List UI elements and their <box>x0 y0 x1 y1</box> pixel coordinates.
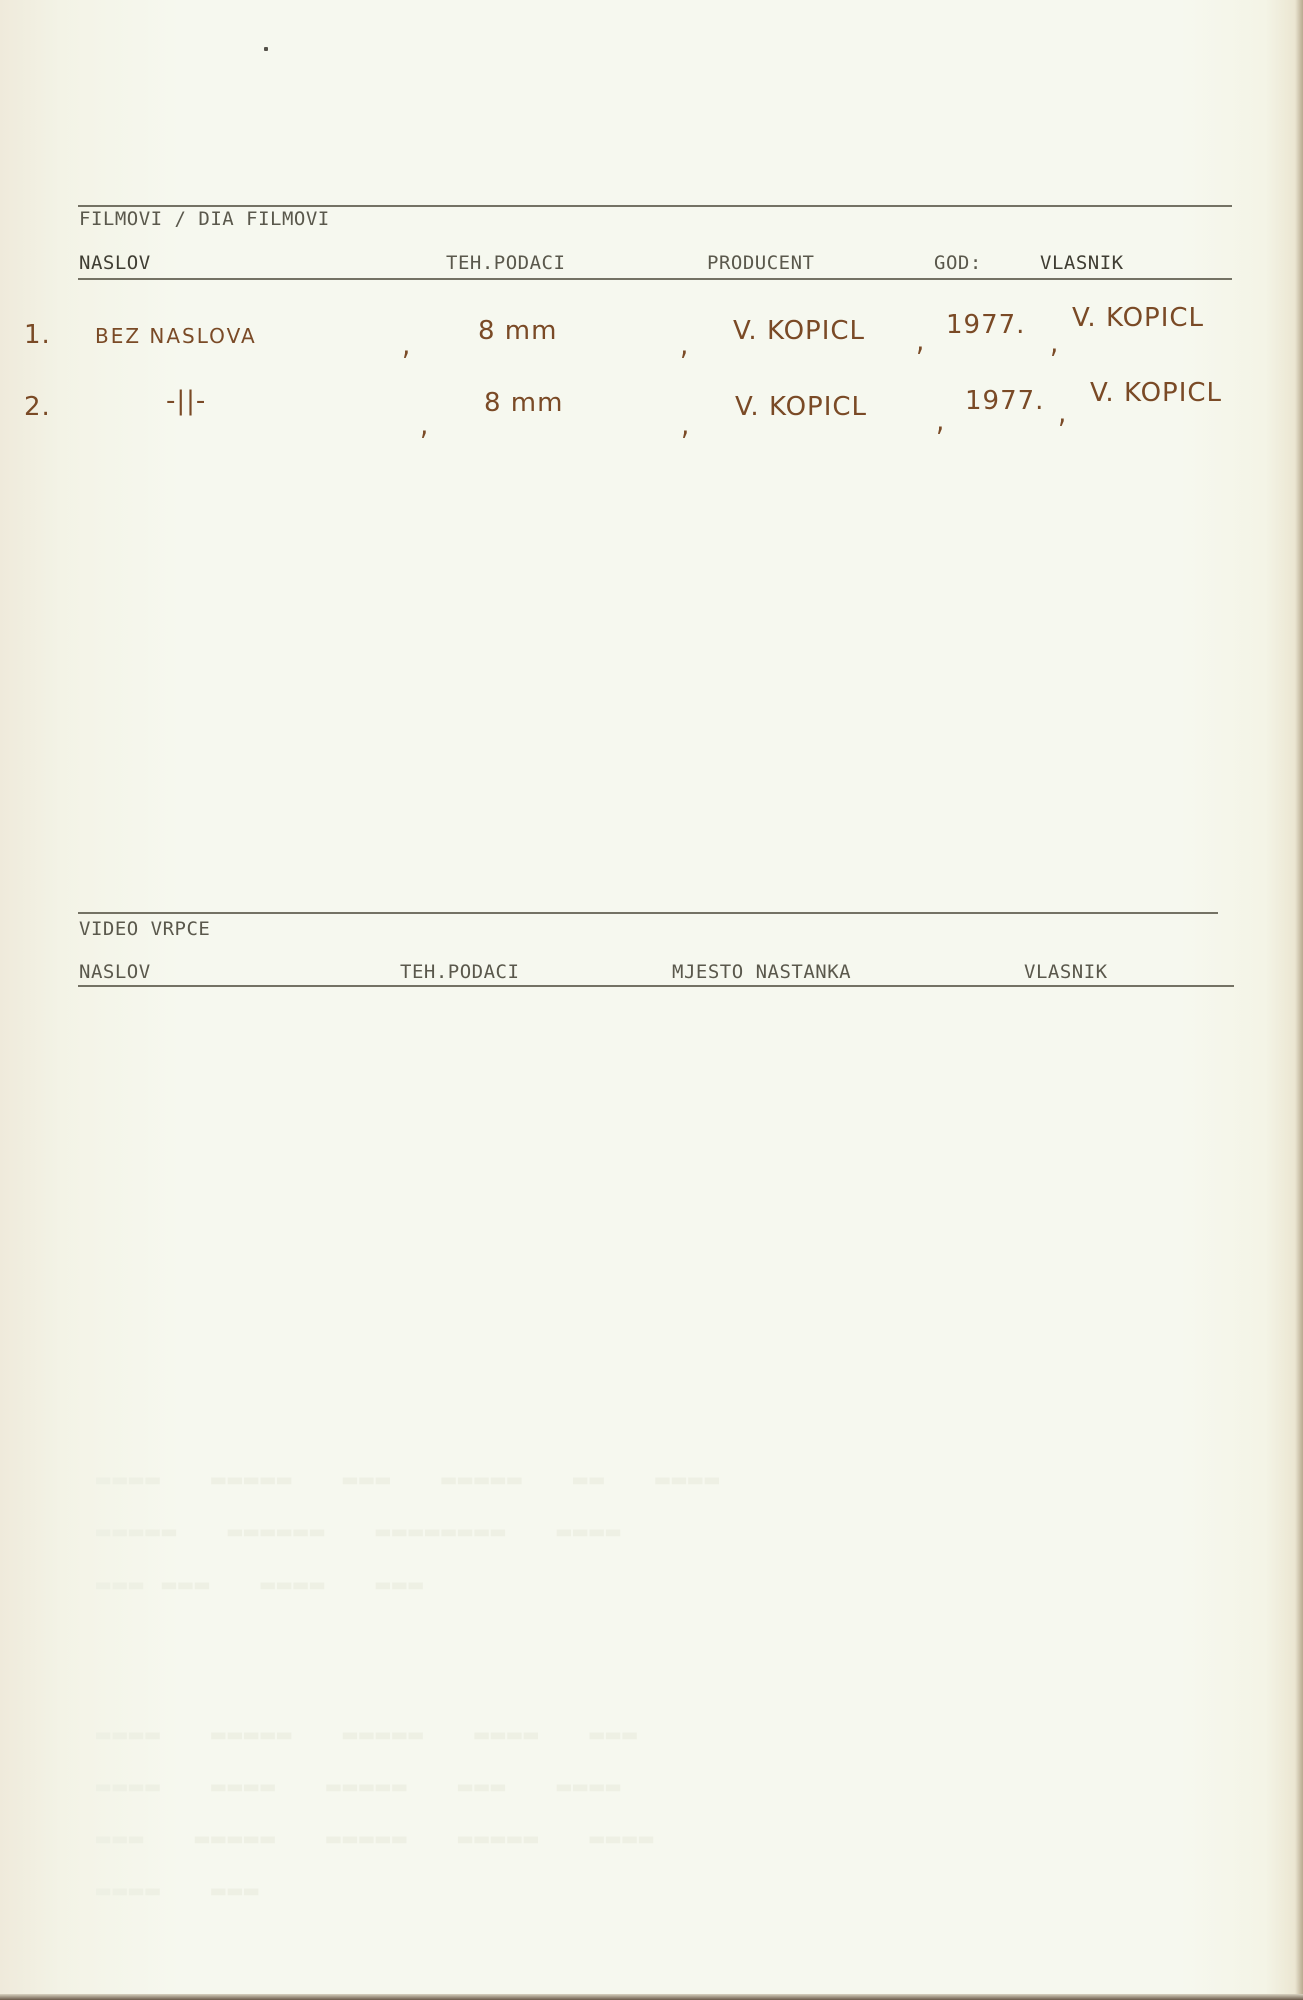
films-top-rule <box>78 205 1232 207</box>
separator-comma: , <box>402 329 411 360</box>
bleed-through-line: ▬▬▬▬ ▬▬▬▬ ▬▬▬▬▬ ▬▬▬ ▬▬▬▬ <box>96 1772 622 1800</box>
bleed-through-line: ▬▬▬ ▬▬▬▬▬ ▬▬▬▬▬ ▬▬▬▬▬ ▬▬▬▬ <box>96 1824 655 1852</box>
films-section-title: FILMOVI / DIA FILMOVI <box>79 210 330 229</box>
cell-vlasnik: V. KOPICL <box>1072 305 1204 331</box>
cell-producent: V. KOPICL <box>735 394 867 420</box>
row-number: 1. <box>24 322 51 348</box>
cell-producent: V. KOPICL <box>733 318 865 344</box>
films-header-vlasnik: VLASNIK <box>1040 254 1124 273</box>
separator-comma: , <box>916 325 925 356</box>
separator-comma: , <box>680 329 689 360</box>
paper-speck <box>264 47 268 51</box>
films-header-god: GOD: <box>934 254 982 273</box>
separator-comma: , <box>1050 327 1059 358</box>
video-header-vlasnik: VLASNIK <box>1024 963 1108 982</box>
cell-god: 1977. <box>965 388 1044 414</box>
video-header-underline <box>78 985 1234 987</box>
films-header-underline <box>78 278 1232 280</box>
separator-comma: , <box>681 409 690 440</box>
separator-comma: , <box>1058 397 1067 428</box>
cell-vlasnik: V. KOPICL <box>1090 380 1222 406</box>
separator-comma: , <box>420 409 429 440</box>
cell-naslov: BEZ NASLOVA <box>95 326 257 346</box>
films-header-producent: PRODUCENT <box>707 254 814 273</box>
video-top-rule <box>78 912 1218 914</box>
row-number: 2. <box>24 394 51 420</box>
video-header-teh-podaci: TEH.PODACI <box>400 963 519 982</box>
bleed-through-line: ▬▬▬▬ ▬▬▬▬▬ ▬▬▬ ▬▬▬▬▬ ▬▬ ▬▬▬▬ <box>96 1465 721 1493</box>
bleed-through-line: ▬▬▬▬▬ ▬▬▬▬▬▬ ▬▬▬▬▬▬▬▬ ▬▬▬▬ <box>96 1517 622 1545</box>
films-header-teh-podaci: TEH.PODACI <box>446 254 565 273</box>
separator-comma: , <box>936 405 945 436</box>
video-header-naslov: NASLOV <box>79 963 151 982</box>
video-header-mjesto-nastanka: MJESTO NASTANKA <box>672 963 851 982</box>
bleed-through-line: ▬▬▬▬ ▬▬▬ <box>96 1876 261 1904</box>
cell-teh-podaci: 8 mm <box>478 318 557 344</box>
cell-naslov: -||- <box>166 388 206 414</box>
document-page: FILMOVI / DIA FILMOVI NASLOV TEH.PODACI … <box>0 0 1303 2000</box>
cell-god: 1977. <box>946 312 1025 338</box>
films-header-naslov: NASLOV <box>79 254 151 273</box>
bleed-through-line: ▬▬▬▬ ▬▬▬▬▬ ▬▬▬▬▬ ▬▬▬▬ ▬▬▬ <box>96 1720 639 1748</box>
video-section-title: VIDEO VRPCE <box>79 920 210 939</box>
bleed-through-line: ▬▬▬ ▬▬▬ ▬▬▬▬ ▬▬▬ <box>96 1570 425 1598</box>
cell-teh-podaci: 8 mm <box>484 390 563 416</box>
